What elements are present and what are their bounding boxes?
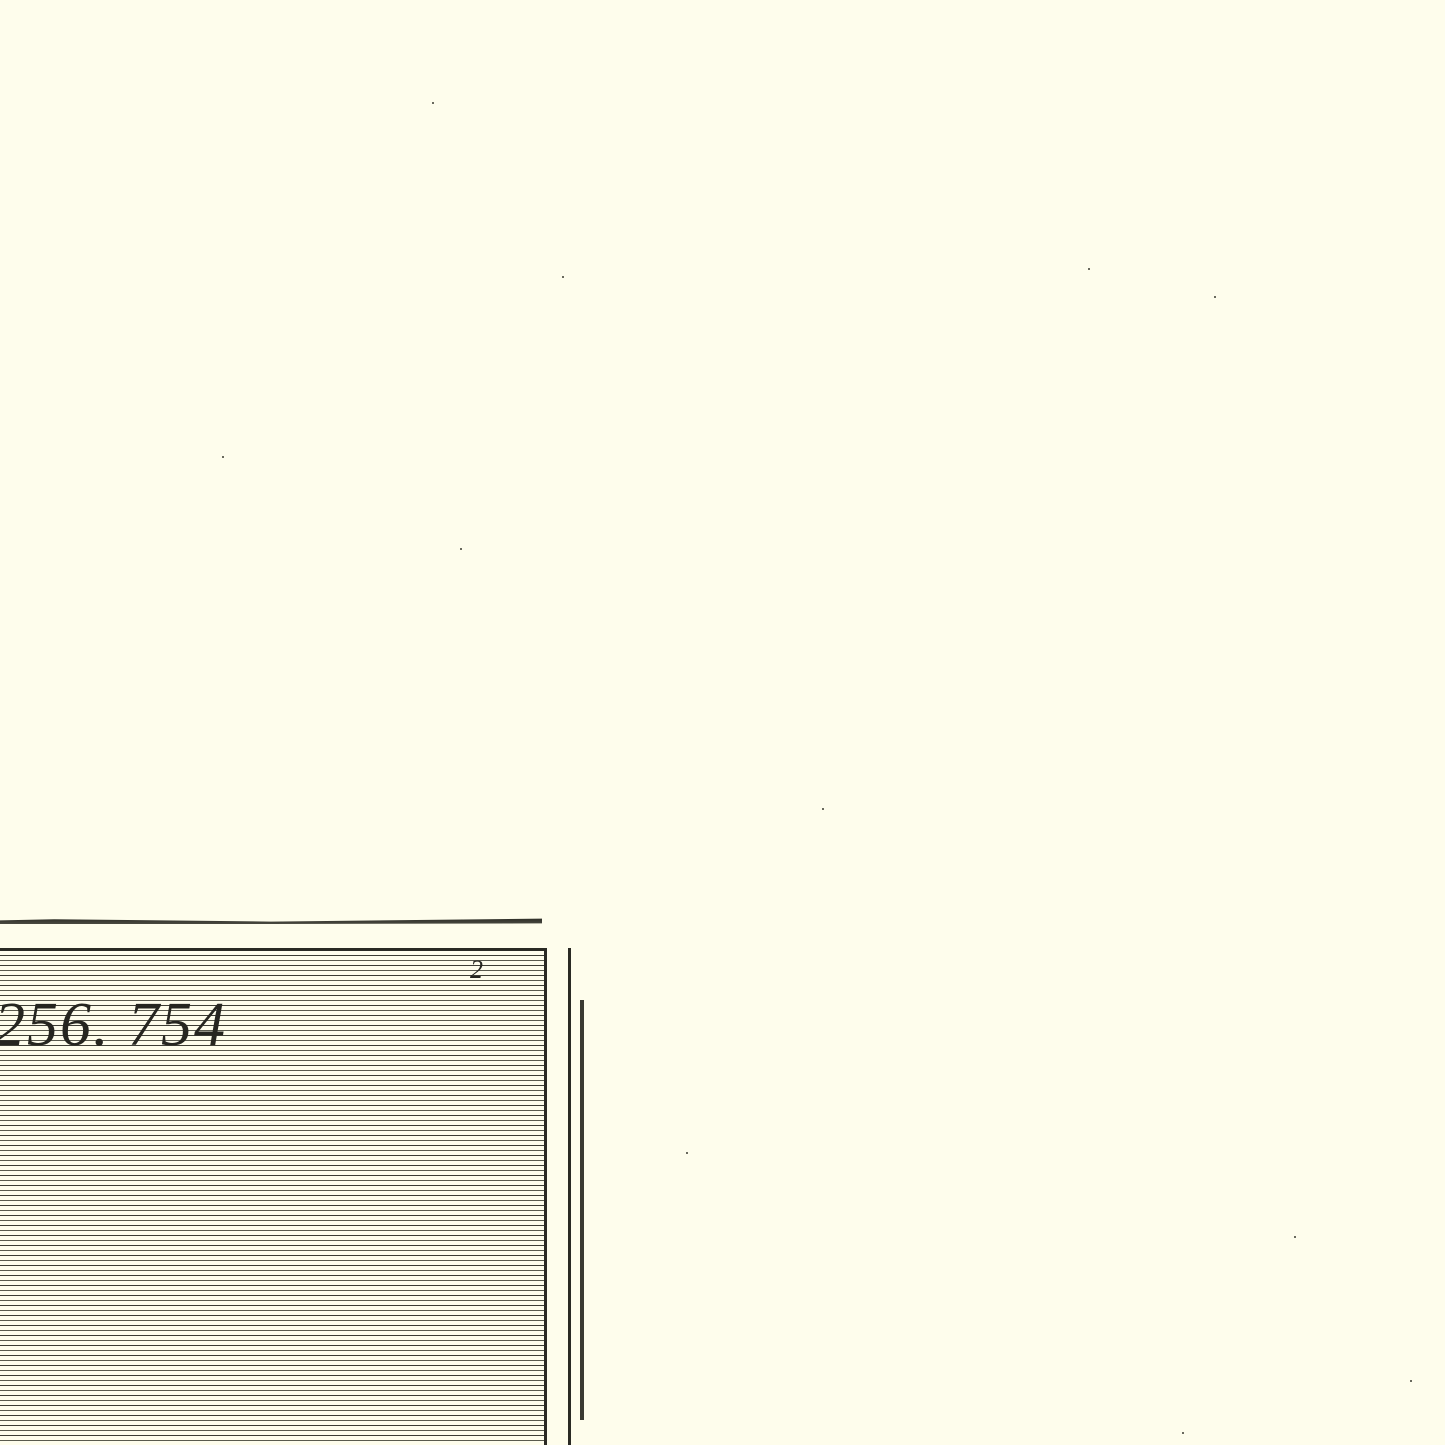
ink-speck xyxy=(1214,296,1216,298)
outer-side-rule xyxy=(580,1000,584,1420)
box-superscript-label: 2 xyxy=(470,955,483,985)
ink-speck xyxy=(1410,1380,1412,1382)
ink-speck xyxy=(432,102,434,104)
box-side-rule xyxy=(568,948,571,1445)
ink-speck xyxy=(222,456,224,458)
outer-frame-rule xyxy=(0,918,542,924)
ink-speck xyxy=(1182,1432,1184,1434)
ink-speck xyxy=(1088,268,1090,270)
ink-speck xyxy=(562,276,564,278)
ink-speck xyxy=(686,1152,688,1154)
ink-speck xyxy=(1294,1236,1296,1238)
box-number-label: 256. 754 xyxy=(0,990,227,1061)
ink-speck xyxy=(822,808,824,810)
ink-speck xyxy=(460,548,462,550)
